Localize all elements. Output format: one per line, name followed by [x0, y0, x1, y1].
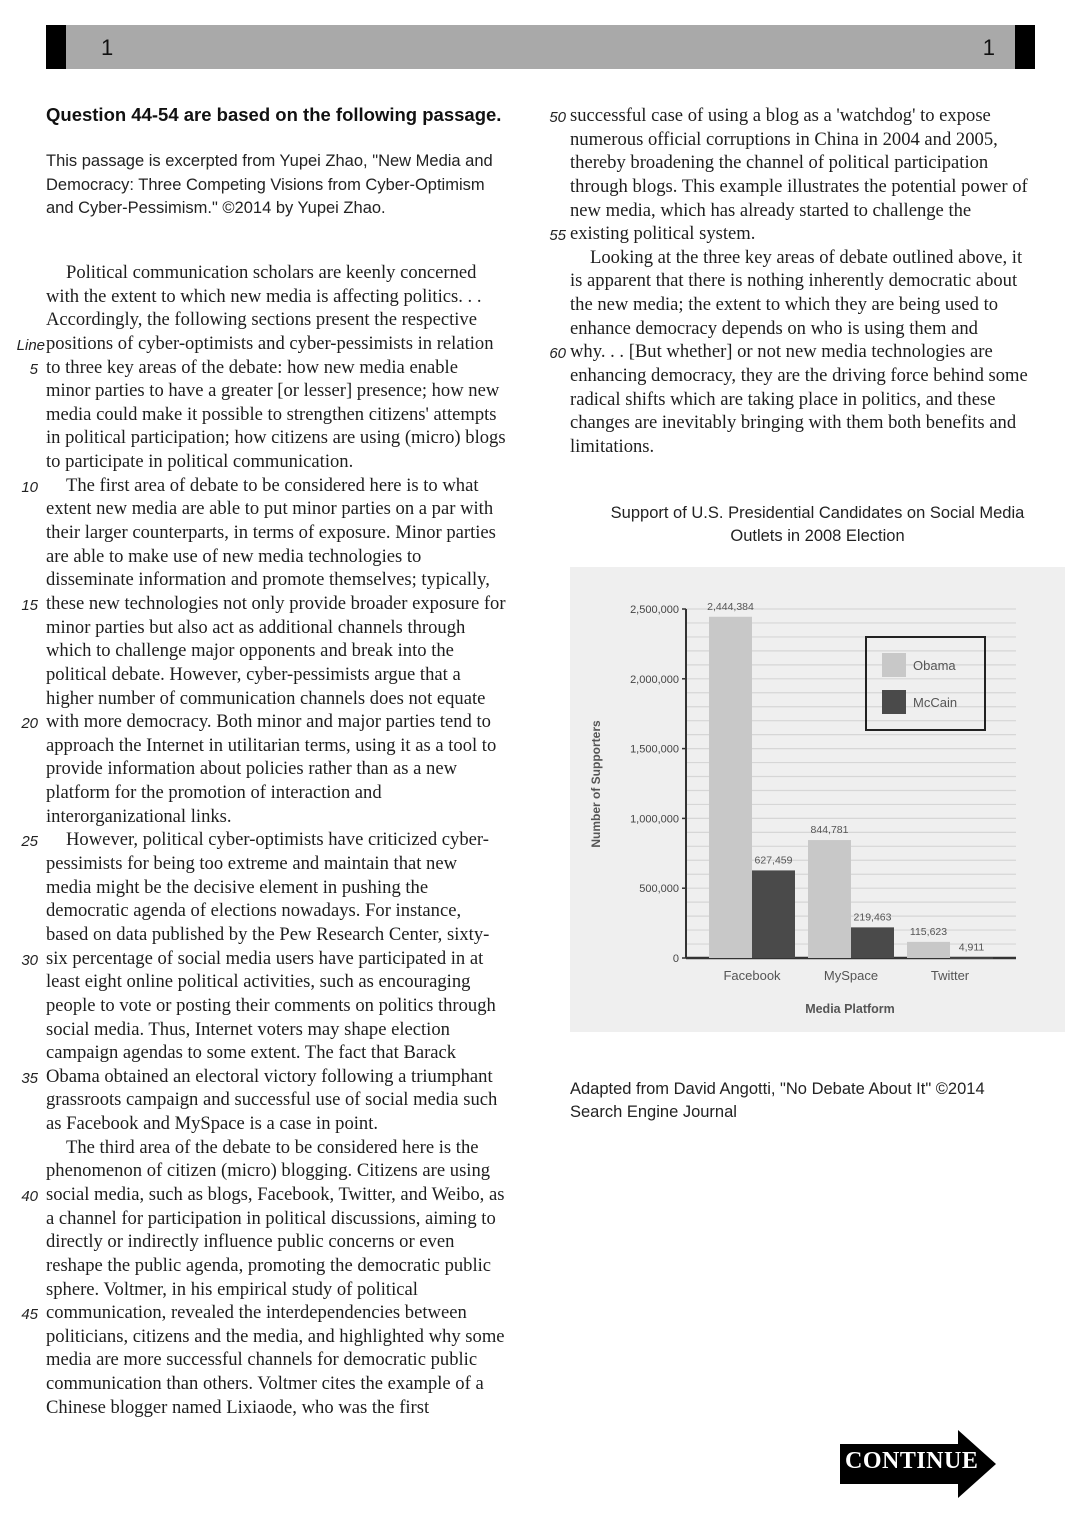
passage-text: is apparent that there is nothing inhere… — [570, 270, 1017, 291]
legend-swatch-mccain — [882, 690, 906, 714]
passage-text: a channel for participation in political… — [46, 1208, 496, 1229]
line-number: 55 — [544, 224, 566, 248]
passage-line: extent new media are able to put minor p… — [46, 497, 546, 521]
page-number-left: 1 — [101, 35, 113, 61]
intro-line: This passage is excerpted from Yupei Zha… — [46, 150, 546, 174]
line-number: 45 — [10, 1303, 38, 1327]
passage-line: thereby broadening the channel of politi… — [570, 151, 1070, 175]
line-number: 40 — [10, 1185, 38, 1209]
passage-text: why. . . [But whether] or not new media … — [570, 341, 993, 362]
passage-text: radical shifts which are taking place in… — [570, 389, 995, 410]
y-tick-label: 1,000,000 — [630, 813, 679, 825]
line-number: Line — [9, 334, 45, 358]
passage-line: sphere. Voltmer, in his empirical study … — [46, 1278, 546, 1302]
passage-line: are able to make use of new media techno… — [46, 545, 546, 569]
passage-text: However, political cyber-optimists have … — [66, 829, 489, 850]
passage-line: based on data published by the Pew Resea… — [46, 923, 546, 947]
line-number: 10 — [10, 476, 38, 500]
credit-line: Adapted from David Angotti, "No Debate A… — [570, 1078, 1050, 1101]
passage-text: which to challenge major opponents and b… — [46, 640, 454, 661]
passage-text: least eight online political activities,… — [46, 971, 470, 992]
passage-text: Chinese blogger named Lixiaode, who was … — [46, 1397, 429, 1418]
passage-text: thereby broadening the channel of politi… — [570, 152, 988, 173]
passage-line: as Facebook and MySpace is a case in poi… — [46, 1112, 546, 1136]
passage-text: Looking at the three key areas of debate… — [590, 247, 1022, 268]
line-number: 5 — [10, 358, 38, 382]
chart-title-line: Support of U.S. Presidential Candidates … — [570, 502, 1065, 525]
passage-line: media might be the decisive element in p… — [46, 876, 546, 900]
passage-line: numerous official corruptions in China i… — [570, 128, 1070, 152]
passage-text: with more democracy. Both minor and majo… — [46, 711, 491, 732]
passage-line: 50successful case of using a blog as a '… — [570, 104, 1070, 128]
passage-line: grassroots campaign and successful use o… — [46, 1088, 546, 1112]
line-number: 35 — [10, 1067, 38, 1091]
passage-text: phenomenon of citizen (micro) blogging. … — [46, 1160, 490, 1181]
header-left-cap — [46, 25, 66, 69]
passage-text: media could make it possible to strength… — [46, 404, 497, 425]
passage-text: politicians, citizens and the media, and… — [46, 1326, 505, 1347]
bar-value-label: 844,781 — [811, 824, 849, 836]
bar-mccain-myspace — [851, 927, 894, 958]
intro-line: Democracy: Three Competing Visions from … — [46, 174, 546, 198]
legend-label-obama: Obama — [913, 658, 956, 673]
passage-line: enhancing democracy, they are the drivin… — [570, 364, 1070, 388]
passage-line: to participate in political communicatio… — [46, 450, 546, 474]
passage-text: The first area of debate to be considere… — [66, 475, 479, 496]
passage-source-intro: This passage is excerpted from Yupei Zha… — [46, 150, 546, 221]
passage-line: people to vote or posting their comments… — [46, 994, 546, 1018]
legend-label-mccain: McCain — [913, 695, 957, 710]
credit-line: Search Engine Journal — [570, 1101, 1050, 1124]
passage-line: new media, which has already started to … — [570, 199, 1070, 223]
passage-text: enhancing democracy, they are the drivin… — [570, 365, 1028, 386]
passage-line: 40social media, such as blogs, Facebook,… — [46, 1183, 546, 1207]
passage-line: changes are inevitably bringing with the… — [570, 411, 1070, 435]
passage-line: interorganizational links. — [46, 805, 546, 829]
chart-credit: Adapted from David Angotti, "No Debate A… — [570, 1078, 1050, 1123]
passage-line: communication than others. Voltmer cites… — [46, 1372, 546, 1396]
passage-text: Obama obtained an electoral victory foll… — [46, 1066, 493, 1087]
passage-text: Accordingly, the following sections pres… — [46, 309, 477, 330]
passage-line: social media. Thus, Internet voters may … — [46, 1018, 546, 1042]
bar-mccain-twitter — [950, 957, 993, 959]
passage-text: reshape the public agenda, promoting the… — [46, 1255, 491, 1276]
passage-line: Looking at the three key areas of debate… — [570, 246, 1070, 270]
passage-text: enhance democracy depends on who is usin… — [570, 318, 978, 339]
passage-text: approach the Internet in utilitarian ter… — [46, 735, 496, 756]
passage-line: 55existing political system. — [570, 222, 1070, 246]
passage-text: existing political system. — [570, 223, 755, 244]
passage-left-column: Political communication scholars are kee… — [46, 261, 546, 1419]
passage-line: in political participation; how citizens… — [46, 426, 546, 450]
x-category-label: Twitter — [931, 968, 970, 983]
passage-line: 45communication, revealed the interdepen… — [46, 1301, 546, 1325]
passage-line: approach the Internet in utilitarian ter… — [46, 734, 546, 758]
passage-text: these new technologies not only provide … — [46, 593, 506, 614]
passage-text: directly or indirectly influence public … — [46, 1231, 454, 1252]
intro-line: and Cyber-Pessimism." ©2014 by Yupei Zha… — [46, 197, 546, 221]
passage-text: extent new media are able to put minor p… — [46, 498, 493, 519]
passage-line: media could make it possible to strength… — [46, 403, 546, 427]
y-axis-title: Number of Supporters — [589, 720, 603, 848]
passage-text: pessimists for being too extreme and mai… — [46, 853, 457, 874]
passage-text: Political communication scholars are kee… — [66, 262, 476, 283]
page-number-right: 1 — [983, 35, 995, 61]
bar-chart: 0500,0001,000,0001,500,0002,000,0002,500… — [570, 567, 1065, 1032]
bar-chart-svg: 0500,0001,000,0001,500,0002,000,0002,500… — [570, 567, 1065, 1032]
passage-text: limitations. — [570, 436, 654, 457]
passage-line: Linepositions of cyber-optimists and cyb… — [46, 332, 546, 356]
passage-line: enhance democracy depends on who is usin… — [570, 317, 1070, 341]
y-tick-label: 2,500,000 — [630, 604, 679, 616]
continue-button[interactable]: CONTINUE — [840, 1428, 998, 1500]
passage-line: with the extent to which new media is af… — [46, 285, 546, 309]
passage-line: their larger counterparts, in terms of e… — [46, 521, 546, 545]
passage-line: a channel for participation in political… — [46, 1207, 546, 1231]
passage-text: through blogs. This example illustrates … — [570, 176, 1028, 197]
legend-swatch-obama — [882, 653, 906, 677]
passage-text: in political participation; how citizens… — [46, 427, 506, 448]
passage-text: minor parties but also act as additional… — [46, 617, 465, 638]
passage-line: radical shifts which are taking place in… — [570, 388, 1070, 412]
passage-line: 30six percentage of social media users h… — [46, 947, 546, 971]
passage-text: democratic agenda of elections nowadays.… — [46, 900, 461, 921]
bar-value-label: 115,623 — [910, 926, 947, 938]
bar-obama-myspace — [808, 840, 851, 958]
bar-obama-facebook — [709, 617, 752, 958]
passage-text: new media, which has already started to … — [570, 200, 971, 221]
passage-text: people to vote or posting their comments… — [46, 995, 496, 1016]
chart-title-line: Outlets in 2008 Election — [570, 525, 1065, 548]
bar-value-label: 627,459 — [755, 854, 793, 866]
passage-text: their larger counterparts, in terms of e… — [46, 522, 496, 543]
x-axis-title: Media Platform — [805, 1002, 895, 1016]
passage-line: phenomenon of citizen (micro) blogging. … — [46, 1159, 546, 1183]
bar-value-label: 219,463 — [854, 911, 892, 923]
passage-line: Chinese blogger named Lixiaode, who was … — [46, 1396, 546, 1420]
passage-line: 20with more democracy. Both minor and ma… — [46, 710, 546, 734]
y-tick-label: 0 — [673, 953, 679, 965]
passage-text: successful case of using a blog as a 'wa… — [570, 105, 991, 126]
line-number: 15 — [10, 594, 38, 618]
passage-line: The third area of the debate to be consi… — [46, 1136, 546, 1160]
passage-line: through blogs. This example illustrates … — [570, 175, 1070, 199]
line-number: 20 — [10, 712, 38, 736]
passage-line: politicians, citizens and the media, and… — [46, 1325, 546, 1349]
passage-right-column: 50successful case of using a blog as a '… — [570, 104, 1070, 459]
passage-text: six percentage of social media users hav… — [46, 948, 483, 969]
passage-line: minor parties but also act as additional… — [46, 616, 546, 640]
passage-line: 15these new technologies not only provid… — [46, 592, 546, 616]
passage-line: 60why. . . [But whether] or not new medi… — [570, 340, 1070, 364]
passage-text: disseminate information and promote them… — [46, 569, 490, 590]
header-right-cap — [1015, 25, 1035, 69]
passage-line: campaign agendas to some extent. The fac… — [46, 1041, 546, 1065]
passage-line: platform for the promotion of interactio… — [46, 781, 546, 805]
bar-mccain-facebook — [752, 870, 795, 958]
passage-text: with the extent to which new media is af… — [46, 286, 481, 307]
passage-line: limitations. — [570, 435, 1070, 459]
bar-value-label: 4,911 — [959, 941, 985, 953]
passage-line: pessimists for being too extreme and mai… — [46, 852, 546, 876]
passage-line: which to challenge major opponents and b… — [46, 639, 546, 663]
passage-line: is apparent that there is nothing inhere… — [570, 269, 1070, 293]
passage-line: least eight online political activities,… — [46, 970, 546, 994]
passage-line: democratic agenda of elections nowadays.… — [46, 899, 546, 923]
passage-line: directly or indirectly influence public … — [46, 1230, 546, 1254]
passage-line: Political communication scholars are kee… — [46, 261, 546, 285]
line-number: 50 — [544, 106, 566, 130]
line-number: 60 — [544, 342, 566, 366]
passage-text: grassroots campaign and successful use o… — [46, 1089, 497, 1110]
passage-text: political debate. However, cyber-pessimi… — [46, 664, 461, 685]
passage-text: communication, revealed the interdepende… — [46, 1302, 467, 1323]
passage-text: minor parties to have a greater [or less… — [46, 380, 499, 401]
x-category-label: MySpace — [824, 968, 878, 983]
passage-line: Accordingly, the following sections pres… — [46, 308, 546, 332]
passage-text: communication than others. Voltmer cites… — [46, 1373, 484, 1394]
passage-text: higher number of communication channels … — [46, 688, 485, 709]
passage-text: the new media; the extent to which they … — [570, 294, 998, 315]
passage-text: The third area of the debate to be consi… — [66, 1137, 479, 1158]
passage-text: interorganizational links. — [46, 806, 232, 827]
passage-line: 35Obama obtained an electoral victory fo… — [46, 1065, 546, 1089]
passage-text: changes are inevitably bringing with the… — [570, 412, 1016, 433]
passage-line: 25However, political cyber-optimists hav… — [46, 828, 546, 852]
passage-text: social media. Thus, Internet voters may … — [46, 1019, 450, 1040]
passage-text: provide information about policies rathe… — [46, 758, 457, 779]
passage-text: are able to make use of new media techno… — [46, 546, 421, 567]
line-number: 30 — [10, 949, 38, 973]
y-tick-label: 2,000,000 — [630, 674, 679, 686]
passage-text: media are more successful channels for d… — [46, 1349, 477, 1370]
passage-text: campaign agendas to some extent. The fac… — [46, 1042, 456, 1063]
passage-line: media are more successful channels for d… — [46, 1348, 546, 1372]
y-tick-label: 500,000 — [639, 883, 679, 895]
passage-text: media might be the decisive element in p… — [46, 877, 428, 898]
passage-line: provide information about policies rathe… — [46, 757, 546, 781]
passage-line: 5to three key areas of the debate: how n… — [46, 356, 546, 380]
bar-value-label: 2,444,384 — [707, 601, 754, 613]
passage-text: to three key areas of the debate: how ne… — [46, 357, 458, 378]
passage-line: the new media; the extent to which they … — [570, 293, 1070, 317]
continue-label: CONTINUE — [845, 1448, 973, 1475]
passage-text: to participate in political communicatio… — [46, 451, 353, 472]
passage-line: political debate. However, cyber-pessimi… — [46, 663, 546, 687]
passage-text: numerous official corruptions in China i… — [570, 129, 998, 150]
passage-text: positions of cyber-optimists and cyber-p… — [46, 333, 494, 354]
passage-line: 10The first area of debate to be conside… — [46, 474, 546, 498]
passage-line: higher number of communication channels … — [46, 687, 546, 711]
passage-line: disseminate information and promote them… — [46, 568, 546, 592]
page-header-bar: 1 1 — [46, 25, 1035, 69]
y-tick-label: 1,500,000 — [630, 744, 679, 756]
x-category-label: Facebook — [723, 968, 781, 983]
passage-text: social media, such as blogs, Facebook, T… — [46, 1184, 504, 1205]
line-number: 25 — [10, 830, 38, 854]
question-heading: Question 44-54 are based on the followin… — [46, 104, 501, 126]
bar-obama-twitter — [907, 942, 950, 958]
passage-line: minor parties to have a greater [or less… — [46, 379, 546, 403]
passage-line: reshape the public agenda, promoting the… — [46, 1254, 546, 1278]
chart-title: Support of U.S. Presidential Candidates … — [570, 502, 1065, 547]
passage-text: as Facebook and MySpace is a case in poi… — [46, 1113, 378, 1134]
passage-text: sphere. Voltmer, in his empirical study … — [46, 1279, 418, 1300]
passage-text: platform for the promotion of interactio… — [46, 782, 382, 803]
passage-text: based on data published by the Pew Resea… — [46, 924, 489, 945]
